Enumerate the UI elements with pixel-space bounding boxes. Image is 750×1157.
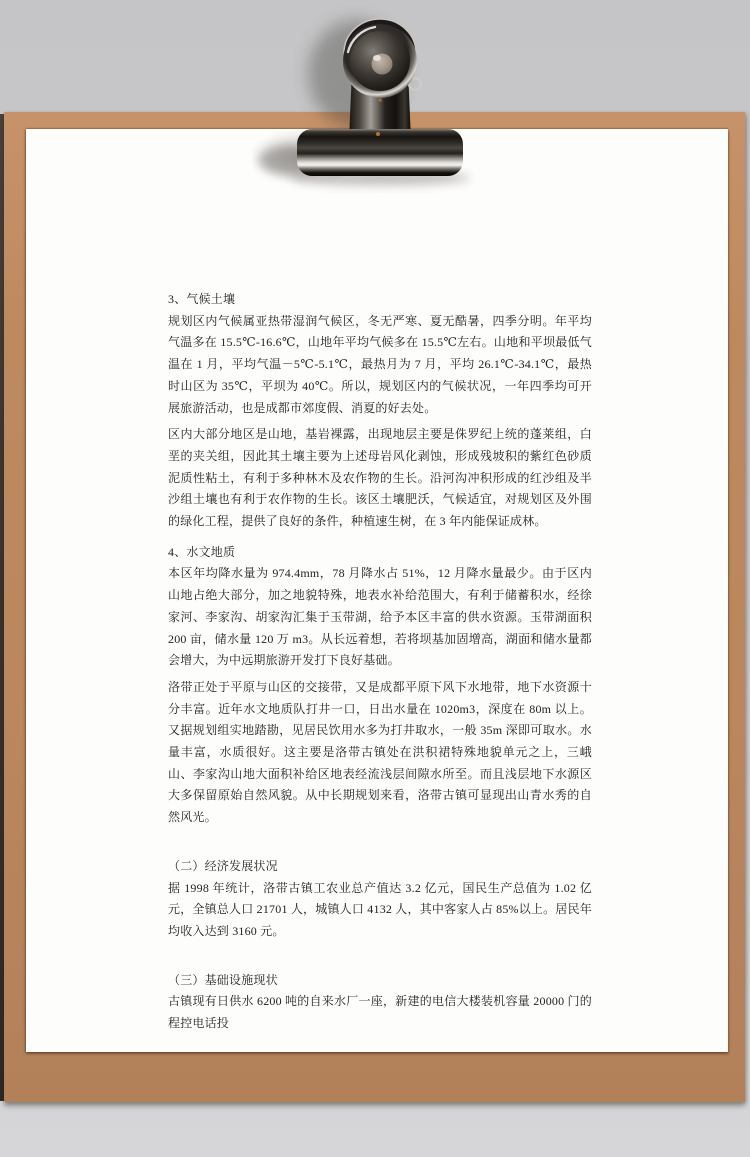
paragraph: 规划区内气候属亚热带湿润气候区，冬无严寒、夏无酷暑，四季分明。年平均气温多在 1… [168,311,592,420]
paragraph: 区内大部分地区是山地，基岩裸露，出现地层主要是侏罗纪上统的蓬莱组，白垩的夹关组，… [168,424,592,533]
scene-background: 3、气候土壤 规划区内气候属亚热带湿润气候区，冬无严寒、夏无酷暑，四季分明。年平… [0,0,750,1157]
section-climate-soil: 3、气候土壤 规划区内气候属亚热带湿润气候区，冬无严寒、夏无酷暑，四季分明。年平… [168,289,592,533]
paragraph: 洛带正处于平原与山区的交接带，又是成都平原下风下水地带，地下水资源十分丰富。近年… [168,677,592,829]
binder-clip [253,0,493,196]
document-page: 3、气候土壤 规划区内气候属亚热带湿润气候区，冬无严寒、夏无酷暑，四季分明。年平… [26,129,728,1052]
paragraph: 据 1998 年统计，洛带古镇工农业总产值达 3.2 亿元，国民生产总值为 1.… [168,878,592,943]
section-economy: （二）经济发展状况 据 1998 年统计，洛带古镇工农业总产值达 3.2 亿元，… [168,856,592,943]
section-heading: 3、气候土壤 [168,289,592,311]
section-infrastructure: （三）基础设施现状 古镇现有日供水 6200 吨的自来水厂一座，新建的电信大楼装… [168,970,592,1035]
section-hydrogeology: 4、水文地质 本区年均降水量为 974.4mm，78 月降水占 51%，12 月… [168,542,592,829]
section-heading: （二）经济发展状况 [168,856,592,878]
clip-rivet-dot [378,98,382,102]
paragraph: 古镇现有日供水 6200 吨的自来水厂一座，新建的电信大楼装机容量 20000 … [168,991,592,1034]
clip-bar [297,129,463,176]
section-heading: 4、水文地质 [168,542,592,564]
section-heading: （三）基础设施现状 [168,970,592,992]
clip-hole-highlight [373,55,381,61]
clip-bar-dot [376,132,380,136]
document-content: 3、气候土壤 规划区内气候属亚热带湿润气候区，冬无严寒、夏无酷暑，四季分明。年平… [168,289,592,1040]
paragraph: 本区年均降水量为 974.4mm，78 月降水占 51%，12 月降水量最少。由… [168,563,592,672]
